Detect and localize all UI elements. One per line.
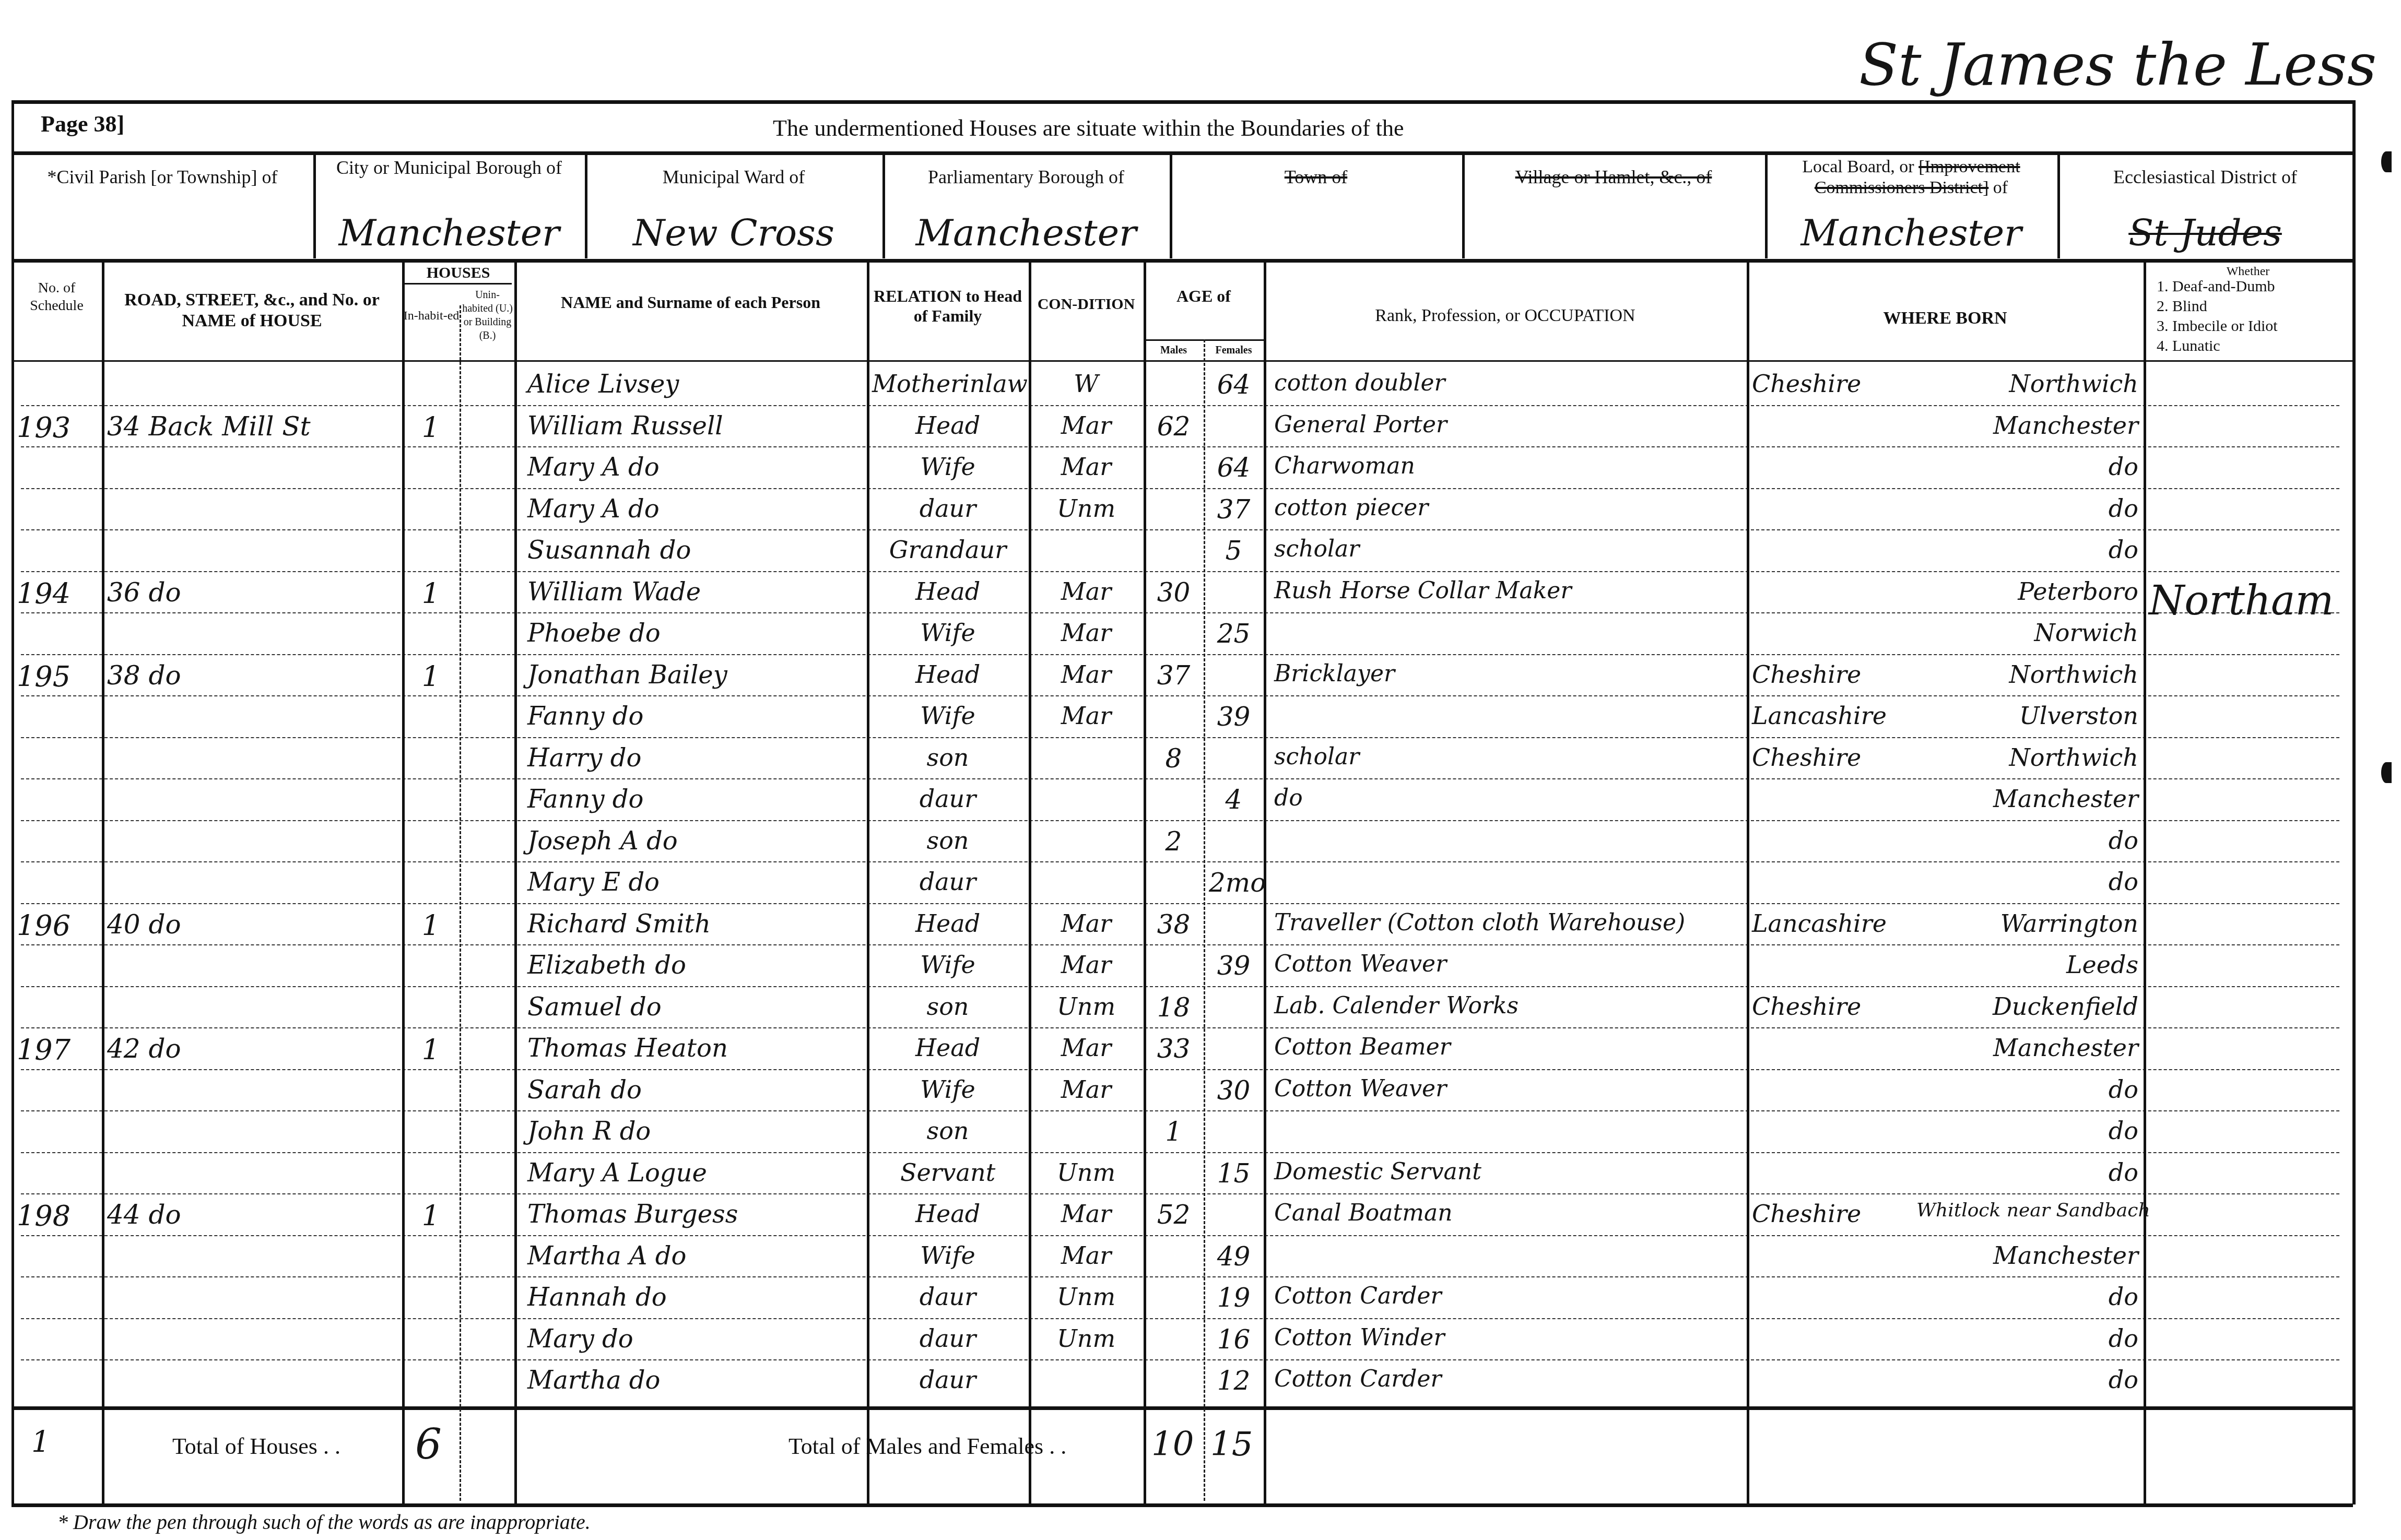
condition: Mar xyxy=(1034,702,1138,730)
boundary-value: Manchester xyxy=(313,211,585,254)
condition: Mar xyxy=(1034,619,1138,647)
schedule-number: 194 xyxy=(17,577,97,610)
occupation: cotton piecer xyxy=(1274,494,1741,521)
boundary-label: *Civil Parish [or Township] of xyxy=(11,166,313,188)
infirmity-option: 3. Imbecile or Idiot xyxy=(2157,317,2278,335)
condition: Unm xyxy=(1034,1158,1138,1187)
relation: daur xyxy=(872,1283,1023,1311)
infirmity-option: 4. Lunatic xyxy=(2157,337,2220,355)
person-name: Susannah do xyxy=(527,536,862,565)
born-place: Northwich xyxy=(1916,660,2138,689)
road-address: 34 Back Mill St xyxy=(107,411,397,442)
born-place: Northwich xyxy=(1916,743,2138,772)
condition: Unm xyxy=(1034,494,1138,523)
female-age: 5 xyxy=(1209,536,1258,566)
female-age: 12 xyxy=(1209,1366,1258,1396)
inhabited-count: 1 xyxy=(407,1034,454,1067)
inhabited-count: 1 xyxy=(407,577,454,610)
person-name: Harry do xyxy=(527,743,862,773)
road-address: 44 do xyxy=(107,1200,397,1230)
row-rule xyxy=(21,446,2339,447)
relation: Servant xyxy=(872,1158,1023,1187)
column-divider xyxy=(1747,261,1749,1503)
person-name: William Russell xyxy=(527,411,862,441)
born-place: Leeds xyxy=(1916,951,2138,979)
male-age: 18 xyxy=(1149,992,1198,1023)
condition: Unm xyxy=(1034,1283,1138,1311)
boundary-label: Parliamentary Borough of xyxy=(882,166,1170,188)
occupation: General Porter xyxy=(1274,411,1741,438)
female-age: 64 xyxy=(1209,453,1258,483)
row-rule xyxy=(21,944,2339,945)
born-place: Manchester xyxy=(1916,411,2138,440)
female-age: 15 xyxy=(1209,1158,1258,1189)
born-place: Whitlock near Sandbach xyxy=(1916,1200,2138,1221)
schedule-number: 198 xyxy=(17,1200,97,1233)
relation: Head xyxy=(872,1034,1023,1062)
male-age: 8 xyxy=(1149,743,1198,774)
person-name: Martha A do xyxy=(527,1241,862,1271)
born-place: Ulverston xyxy=(1916,702,2138,730)
boundary-label: Town of xyxy=(1170,166,1462,188)
born-place: do xyxy=(1916,453,2138,481)
header-rule xyxy=(11,360,2353,362)
row-rule xyxy=(21,488,2339,489)
top-rule xyxy=(11,100,2353,104)
total-persons-label: Total of Males and Females . . xyxy=(788,1433,1066,1460)
occupation: Cotton Beamer xyxy=(1274,1034,1741,1060)
boundary-value: Manchester xyxy=(1765,211,2057,254)
condition: Mar xyxy=(1034,1241,1138,1270)
occupation: Domestic Servant xyxy=(1274,1158,1741,1185)
column-divider xyxy=(102,261,104,1503)
male-age: 30 xyxy=(1149,577,1198,608)
boundary-value: Manchester xyxy=(882,211,1170,254)
relation: Wife xyxy=(872,951,1023,979)
condition: Unm xyxy=(1034,1324,1138,1353)
row-rule xyxy=(21,1152,2339,1153)
condition: Mar xyxy=(1034,909,1138,938)
column-divider xyxy=(1029,261,1031,1503)
relation: Wife xyxy=(872,1075,1023,1104)
occupation: Cotton Carder xyxy=(1274,1366,1741,1392)
total-houses-value: 6 xyxy=(415,1420,442,1468)
column-header-uninhabited: Unin-habited (U.) or Building (B.) xyxy=(461,288,514,342)
occupation: Cotton Weaver xyxy=(1274,951,1741,977)
relation: Wife xyxy=(872,619,1023,647)
relation: Head xyxy=(872,1200,1023,1228)
occupation: Cotton Winder xyxy=(1274,1324,1741,1351)
female-age: 25 xyxy=(1209,619,1258,649)
born-county: Cheshire xyxy=(1752,1200,1927,1228)
born-county: Lancashire xyxy=(1752,702,1927,730)
person-name: Richard Smith xyxy=(527,909,862,939)
female-age: 49 xyxy=(1209,1241,1258,1272)
total-males-value: 10 xyxy=(1151,1425,1194,1464)
row-rule xyxy=(21,1069,2339,1070)
row-rule xyxy=(21,405,2339,406)
male-age: 1 xyxy=(1149,1117,1198,1147)
person-name: Joseph A do xyxy=(527,826,862,856)
person-name: Mary A do xyxy=(527,494,862,524)
infirmity-option: 2. Blind xyxy=(2157,298,2207,315)
column-header-houses: HOUSES xyxy=(402,264,514,282)
occupation: Cotton Carder xyxy=(1274,1283,1741,1309)
condition: Mar xyxy=(1034,951,1138,979)
row-rule xyxy=(21,529,2339,530)
person-name: Fanny do xyxy=(527,785,862,814)
row-rule xyxy=(21,1276,2339,1277)
relation: son xyxy=(872,992,1023,1021)
occupation: Canal Boatman xyxy=(1274,1200,1741,1226)
schedule-number: 193 xyxy=(17,411,97,444)
top-annotation: St James the Less xyxy=(1859,31,2376,98)
column-header-occupation: Rank, Profession, or OCCUPATION xyxy=(1269,305,1741,326)
column-divider xyxy=(514,261,517,1503)
column-divider xyxy=(402,261,405,1503)
female-age: 19 xyxy=(1209,1283,1258,1313)
road-address: 36 do xyxy=(107,577,397,608)
column-header-schedule: No. of Schedule xyxy=(11,279,102,315)
totals-left-mark: 1 xyxy=(31,1425,50,1459)
female-age: 4 xyxy=(1209,785,1258,815)
occupation: scholar xyxy=(1274,536,1741,562)
person-name: Mary A do xyxy=(527,453,862,482)
born-place: Manchester xyxy=(1916,785,2138,813)
title-rule xyxy=(11,151,2353,155)
column-header-name: NAME and Surname of each Person xyxy=(520,292,862,312)
person-name: Mary do xyxy=(527,1324,862,1354)
row-rule xyxy=(21,986,2339,987)
person-name: Jonathan Bailey xyxy=(527,660,862,690)
boundary-label: Ecclesiastical District of xyxy=(2057,166,2353,188)
row-rule xyxy=(21,903,2339,904)
person-name: Thomas Heaton xyxy=(527,1034,862,1063)
born-place: Northwich xyxy=(1916,370,2138,398)
row-rule xyxy=(21,1359,2339,1360)
footnote: * Draw the pen through such of the words… xyxy=(57,1510,591,1534)
bottom-rule xyxy=(11,1503,2353,1507)
boundary-rule xyxy=(11,259,2353,263)
born-place: do xyxy=(1916,536,2138,564)
male-age: 33 xyxy=(1149,1034,1198,1064)
boundary-label: Municipal Ward of xyxy=(585,166,882,188)
condition: Mar xyxy=(1034,411,1138,440)
person-name: Hannah do xyxy=(527,1283,862,1312)
inhabited-count: 1 xyxy=(407,660,454,693)
condition: Mar xyxy=(1034,1200,1138,1228)
relation: Motherinlaw xyxy=(872,370,1023,398)
column-header-females: Females xyxy=(1204,343,1264,357)
condition: Mar xyxy=(1034,453,1138,481)
person-name: Sarah do xyxy=(527,1075,862,1105)
row-rule xyxy=(21,1110,2339,1111)
total-females-value: 15 xyxy=(1210,1425,1253,1464)
relation: daur xyxy=(872,1324,1023,1353)
boundary-value: New Cross xyxy=(585,211,882,254)
born-place: do xyxy=(1916,1324,2138,1353)
row-rule xyxy=(21,1318,2339,1319)
row-rule xyxy=(21,1193,2339,1194)
born-place: do xyxy=(1916,1117,2138,1145)
born-place: Norwich xyxy=(1916,619,2138,647)
born-place: Manchester xyxy=(1916,1034,2138,1062)
column-divider xyxy=(1264,261,1266,1503)
column-header-where-born: WHERE BORN xyxy=(1749,308,2141,329)
relation: Head xyxy=(872,411,1023,440)
row-rule xyxy=(21,737,2339,738)
female-age: 37 xyxy=(1209,494,1258,525)
person-name: Mary E do xyxy=(527,868,862,897)
relation: Head xyxy=(872,909,1023,938)
occupation: scholar xyxy=(1274,743,1741,770)
totals-top-rule xyxy=(11,1406,2353,1410)
boundary-label: Local Board, or [Improvement Commissione… xyxy=(1765,157,2057,198)
column-header-age: AGE of xyxy=(1146,286,1261,306)
column-header-condition: CON-DITION xyxy=(1031,295,1141,314)
person-name: Martha do xyxy=(527,1366,862,1395)
row-rule xyxy=(21,695,2339,696)
total-houses-label: Total of Houses . . xyxy=(172,1433,340,1460)
male-age: 62 xyxy=(1149,411,1198,442)
inhabited-count: 1 xyxy=(407,909,454,942)
row-rule xyxy=(21,778,2339,779)
column-header-relation: RELATION to Head of Family xyxy=(869,286,1026,326)
column-divider xyxy=(1144,261,1146,1503)
column-divider xyxy=(1204,339,1205,1501)
row-rule xyxy=(21,820,2339,821)
margin-mark xyxy=(2381,762,2392,783)
row-rule xyxy=(21,1027,2339,1028)
condition: Mar xyxy=(1034,1075,1138,1104)
born-county: Cheshire xyxy=(1752,743,1927,772)
female-age: 64 xyxy=(1209,370,1258,400)
relation: daur xyxy=(872,868,1023,896)
occupation: cotton doubler xyxy=(1274,370,1741,396)
female-age: 2mo xyxy=(1209,868,1258,898)
female-age: 39 xyxy=(1209,951,1258,981)
row-rule xyxy=(21,612,2339,613)
condition: Mar xyxy=(1034,660,1138,689)
road-address: 38 do xyxy=(107,660,397,691)
margin-mark xyxy=(2381,151,2392,172)
schedule-number: 196 xyxy=(17,909,97,942)
female-age: 30 xyxy=(1209,1075,1258,1106)
born-place: do xyxy=(1916,494,2138,523)
person-name: Thomas Burgess xyxy=(527,1200,862,1229)
born-place: Manchester xyxy=(1916,1241,2138,1270)
boundary-label: City or Municipal Borough of xyxy=(313,157,585,179)
relation: son xyxy=(872,1117,1023,1145)
column-divider xyxy=(2144,261,2146,1503)
boundary-label: Village or Hamlet, &c., of xyxy=(1462,166,1765,188)
female-age: 16 xyxy=(1209,1324,1258,1355)
male-age: 38 xyxy=(1149,909,1198,940)
occupation: Lab. Calender Works xyxy=(1274,992,1741,1019)
relation: Head xyxy=(872,660,1023,689)
born-county: Lancashire xyxy=(1752,909,1927,938)
column-header-road: ROAD, STREET, &c., and No. or NAME of HO… xyxy=(107,290,397,331)
person-name: Fanny do xyxy=(527,702,862,731)
column-divider xyxy=(867,261,869,1503)
male-age: 52 xyxy=(1149,1200,1198,1230)
occupation: Cotton Weaver xyxy=(1274,1075,1741,1102)
person-name: Alice Livsey xyxy=(527,370,862,399)
male-age: 37 xyxy=(1149,660,1198,691)
born-county: Cheshire xyxy=(1752,370,1927,398)
born-county: Cheshire xyxy=(1752,660,1927,689)
person-name: William Wade xyxy=(527,577,862,607)
title-line: The undermentioned Houses are situate wi… xyxy=(773,115,1404,141)
road-address: 40 do xyxy=(107,909,397,940)
column-header-males: Males xyxy=(1144,343,1204,357)
schedule-number: 195 xyxy=(17,660,97,693)
born-place: do xyxy=(1916,826,2138,855)
condition: Unm xyxy=(1034,992,1138,1021)
boundary-label-part: of xyxy=(1993,178,2008,197)
born-place: do xyxy=(1916,1158,2138,1187)
condition: Mar xyxy=(1034,1034,1138,1062)
occupation: Charwoman xyxy=(1274,453,1741,479)
person-name: Phoebe do xyxy=(527,619,862,648)
boundary-label-part: Local Board, or xyxy=(1802,157,1914,176)
relation: daur xyxy=(872,1366,1023,1394)
relation: son xyxy=(872,743,1023,772)
relation: daur xyxy=(872,494,1023,523)
person-name: John R do xyxy=(527,1117,862,1146)
relation: Wife xyxy=(872,1241,1023,1270)
infirmity-option: 1. Deaf-and-Dumb xyxy=(2157,278,2275,295)
born-place: Duckenfield xyxy=(1916,992,2138,1021)
relation: daur xyxy=(872,785,1023,813)
occupation: Bricklayer xyxy=(1274,660,1741,687)
row-rule xyxy=(21,861,2339,862)
houses-rule xyxy=(405,283,512,285)
born-place: do xyxy=(1916,1283,2138,1311)
condition: W xyxy=(1034,370,1138,398)
relation: Wife xyxy=(872,702,1023,730)
relation: son xyxy=(872,826,1023,855)
person-name: Samuel do xyxy=(527,992,862,1022)
occupation: Rush Horse Collar Maker xyxy=(1274,577,1741,604)
page-label: Page 38] xyxy=(41,111,124,137)
born-place: do xyxy=(1916,1366,2138,1394)
inhabited-count: 1 xyxy=(407,1200,454,1233)
row-rule xyxy=(21,1235,2339,1236)
person-name: Elizabeth do xyxy=(527,951,862,980)
born-place: do xyxy=(1916,1075,2138,1104)
occupation: do xyxy=(1274,785,1741,811)
female-age: 39 xyxy=(1209,702,1258,732)
person-name: Mary A Logue xyxy=(527,1158,862,1188)
relation: Head xyxy=(872,577,1023,606)
born-place: Peterboro xyxy=(1916,577,2138,606)
condition: Mar xyxy=(1034,577,1138,606)
row-rule xyxy=(21,654,2339,655)
born-place: Warrington xyxy=(1916,909,2138,938)
relation: Grandaur xyxy=(872,536,1023,564)
row-rule xyxy=(21,571,2339,572)
road-address: 42 do xyxy=(107,1034,397,1064)
column-header-whether-title: Whether xyxy=(2146,264,2350,279)
inhabited-count: 1 xyxy=(407,411,454,444)
column-header-inhabited: In-habit-ed xyxy=(403,308,460,324)
column-divider xyxy=(460,305,461,1501)
schedule-number: 197 xyxy=(17,1034,97,1067)
born-place: do xyxy=(1916,868,2138,896)
male-age: 2 xyxy=(1149,826,1198,857)
relation: Wife xyxy=(872,453,1023,481)
born-county: Cheshire xyxy=(1752,992,1927,1021)
boundary-value: St Judes xyxy=(2057,211,2353,254)
occupation: Traveller (Cotton cloth Warehouse) xyxy=(1274,909,1741,936)
